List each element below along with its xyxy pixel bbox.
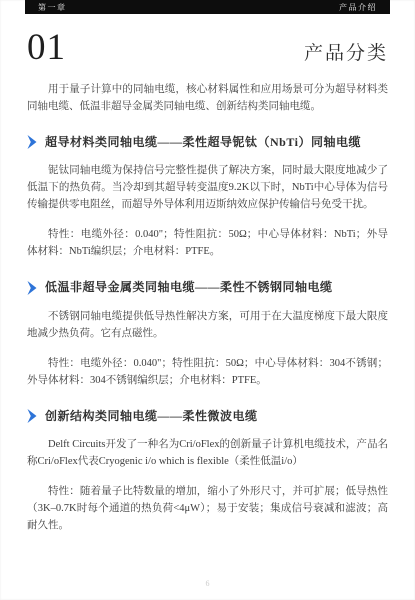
page-number: 6: [0, 579, 415, 588]
chapter-heading-row: 01 产品分类: [27, 29, 388, 66]
section-features-paragraph: 特性：电缆外径：0.040"；特性阻抗：50Ω；中心导体材料：304不锈钢；外导…: [27, 355, 388, 389]
section-heading: 超导材料类同轴电缆——柔性超导铌钛（NbTi）同轴电缆: [27, 135, 388, 149]
chevron-right-icon: [27, 281, 37, 295]
section-title: 创新结构类同轴电缆——柔性微波电缆: [45, 409, 258, 423]
page-title: 产品分类: [304, 44, 388, 66]
section-title: 超导材料类同轴电缆——柔性超导铌钛（NbTi）同轴电缆: [45, 135, 361, 149]
section-features-paragraph: 特性：电缆外径：0.040"；特性阻抗：50Ω；中心导体材料：NbTi；外导体材…: [27, 226, 388, 260]
chevron-right-icon: [27, 409, 37, 423]
section-paragraph: Delft Circuits开发了一种名为Cri/oFlex的创新量子计算机电缆…: [27, 436, 388, 470]
intro-paragraph: 用于量子计算中的同轴电缆，核心材料属性和应用场景可分为超导材料类同轴电缆、低温非…: [27, 81, 388, 115]
running-header-bar: 第一章 产品介绍: [25, 0, 390, 14]
section-heading: 创新结构类同轴电缆——柔性微波电缆: [27, 409, 388, 423]
section-paragraph: 铌钛同轴电缆为保持信号完整性提供了解决方案，同时最大限度地减少了低温下的热负荷。…: [27, 162, 388, 213]
header-section-label: 产品介绍: [339, 2, 377, 13]
section-title: 低温非超导金属类同轴电缆——柔性不锈钢同轴电缆: [45, 280, 333, 294]
chapter-number: 01: [27, 29, 66, 66]
body-content: 用于量子计算中的同轴电缆，核心材料属性和应用场景可分为超导材料类同轴电缆、低温非…: [27, 81, 388, 534]
section-features-paragraph: 特性：随着量子比特数量的增加，缩小了外形尺寸，并可扩展；低导热性（3K–0.7K…: [27, 483, 388, 534]
header-chapter-label: 第一章: [38, 2, 67, 13]
document-page: 第一章 产品介绍 01 产品分类 用于量子计算中的同轴电缆，核心材料属性和应用场…: [0, 0, 415, 600]
section-heading: 低温非超导金属类同轴电缆——柔性不锈钢同轴电缆: [27, 280, 388, 294]
section-paragraph: 不锈钢同轴电缆提供低导热性解决方案，可用于在大温度梯度下最大限度地减少热负荷。它…: [27, 308, 388, 342]
chevron-right-icon: [27, 135, 37, 149]
